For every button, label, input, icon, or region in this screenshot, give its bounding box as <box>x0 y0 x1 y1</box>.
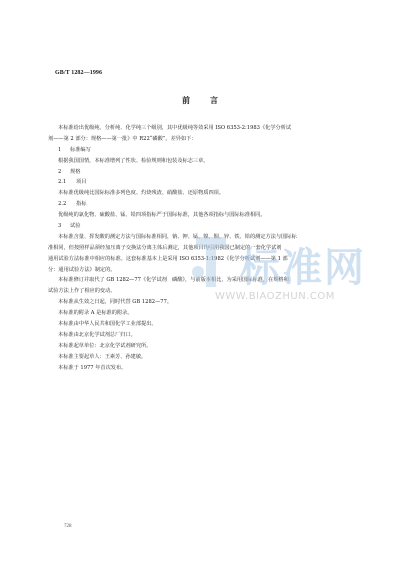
line-text: 指标 <box>76 201 86 207</box>
foreword-body: 本标准给出优级纯、分析纯、化学纯三个级别，其中优级纯等效采用 ISO 6353-… <box>48 123 358 373</box>
page-number: 728 <box>64 524 72 529</box>
line-text: 本标准修订并取代了 GB 1282—77《化学试剂 磷酸》，与前版本相比，为采用… <box>58 277 289 283</box>
body-line: 分：通用试验方法》制定的。 <box>48 265 358 276</box>
line-text: 本标准主要起草人：王素芳、孙建敏。 <box>58 354 146 360</box>
line-text: 本标准由中华人民共和国化学工业部提出。 <box>58 321 157 327</box>
line-text: 本标准起草单位：北京化学试剂研究所。 <box>58 343 151 349</box>
line-text: 分：通用试验方法》制定的。 <box>48 267 115 273</box>
body-line: 剂——第 2 部分：规格——第一批》中 R22“磷酸”。差异如下： <box>48 134 358 145</box>
line-text: 本标准从生效之日起，同时代替 GB 1282—77。 <box>58 299 172 305</box>
section-number: 2 <box>58 167 70 178</box>
body-line: 优级纯的氯化物、硫酸盐、锰、铅四项指标严于国际标准，其他各项指标与国际标准相同。 <box>48 210 358 221</box>
body-line: 本标准于 1977 年首次发布。 <box>48 363 358 374</box>
line-text: 本标准含量、挥发酸的测定方法与国际标准相同，钠、钾、锰、镍、铜、锌、铁、铅的测定… <box>58 234 297 240</box>
title-char-2: 言 <box>210 95 218 106</box>
body-line: 本标准由中华人民共和国化学工业部提出。 <box>48 319 358 330</box>
body-line: 根据我国国情，本标准增列了性状、检验规则和包装及标志三章。 <box>48 156 358 167</box>
body-line: 本标准优级纯比国际标准多列色度、灼烧残渣、硝酸盐、还原物质四项。 <box>48 188 358 199</box>
line-text: 项目 <box>76 179 86 185</box>
line-text: 通用试验方法标准中相应的标准。这套标准基本上是采用 ISO 6353-1:198… <box>48 256 288 262</box>
section-heading: 2.1项目 <box>48 177 358 188</box>
body-line: 本标准从生效之日起，同时代替 GB 1282—77。 <box>48 297 358 308</box>
line-text: 本标准的附录 A 是标准的附录。 <box>58 310 132 316</box>
standard-number: GB/T 1282—1996 <box>55 70 102 76</box>
line-text: 本标准优级纯比国际标准多列色度、灼烧残渣、硝酸盐、还原物质四项。 <box>58 190 224 196</box>
section-number: 2.1 <box>58 177 76 188</box>
body-line: 本标准修订并取代了 GB 1282—77《化学试剂 磷酸》，与前版本相比，为采用… <box>48 275 358 286</box>
page-title: 前言 <box>0 95 400 106</box>
line-text: 本标准给出优级纯、分析纯、化学纯三个级别，其中优级纯等效采用 ISO 6353-… <box>58 125 291 131</box>
section-number: 1 <box>58 145 70 156</box>
section-heading: 2规格 <box>48 167 358 178</box>
body-line: 通用试验方法标准中相应的标准。这套标准基本上是采用 ISO 6353-1:198… <box>48 254 358 265</box>
line-text: 优级纯的氯化物、硫酸盐、锰、铅四项指标严于国际标准，其他各项指标与国际标准相同。 <box>58 212 266 218</box>
line-text: 剂——第 2 部分：规格——第一批》中 R22“磷酸”。差异如下： <box>48 136 197 142</box>
body-line: 准相同，但按照样品须经加压离子交换法分离主体后测定，其他项目均引用我国已制定的一… <box>48 243 358 254</box>
body-line: 本标准起草单位：北京化学试剂研究所。 <box>48 341 358 352</box>
section-heading: 3试验 <box>48 221 358 232</box>
line-text: 标准编写 <box>70 147 91 153</box>
line-text: 本标准于 1977 年首次发布。 <box>58 365 126 371</box>
body-line: 本标准由北京化学试剂总厂归口。 <box>48 330 358 341</box>
section-number: 2.2 <box>58 199 76 210</box>
body-line: 本标准给出优级纯、分析纯、化学纯三个级别，其中优级纯等效采用 ISO 6353-… <box>48 123 358 134</box>
line-text: 试验方法上作了相应的变动。 <box>48 288 115 294</box>
line-text: 准相同，但按照样品须经加压离子交换法分离主体后测定，其他项目均引用我国已制定的一… <box>48 245 281 251</box>
section-number: 3 <box>58 221 70 232</box>
line-text: 本标准由北京化学试剂总厂归口。 <box>58 332 136 338</box>
section-heading: 1标准编写 <box>48 145 358 156</box>
body-line: 本标准含量、挥发酸的测定方法与国际标准相同，钠、钾、锰、镍、铜、锌、铁、铅的测定… <box>48 232 358 243</box>
line-text: 根据我国国情，本标准增列了性状、检验规则和包装及标志三章。 <box>58 158 208 164</box>
line-text: 试验 <box>70 223 80 229</box>
title-char-1: 前 <box>182 95 190 106</box>
body-line: 试验方法上作了相应的变动。 <box>48 286 358 297</box>
line-text: 规格 <box>70 169 80 175</box>
section-heading: 2.2指标 <box>48 199 358 210</box>
body-line: 本标准主要起草人：王素芳、孙建敏。 <box>48 352 358 363</box>
body-line: 本标准的附录 A 是标准的附录。 <box>48 308 358 319</box>
